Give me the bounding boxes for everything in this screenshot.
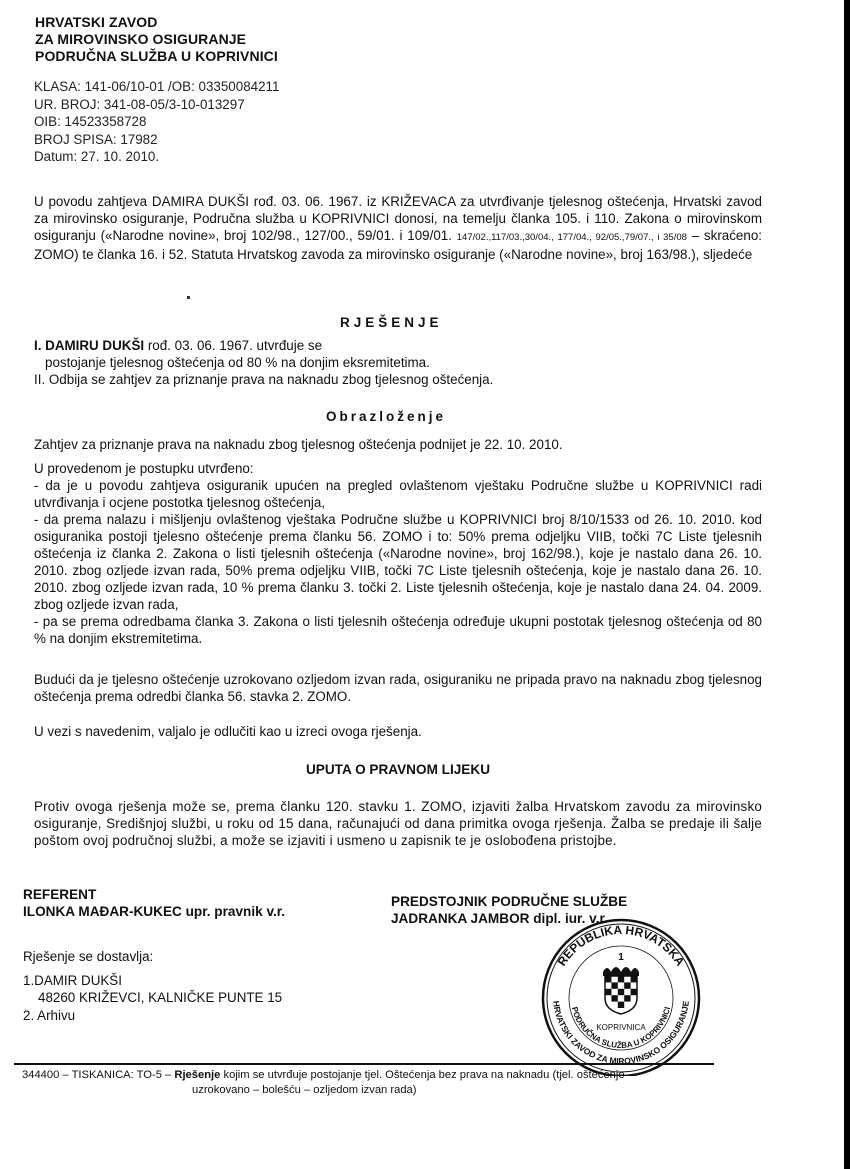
svg-text:1: 1 [618,952,624,963]
reasoning-p2-intro: U provedenom je postupku utvrđeno: [34,460,762,477]
intro-small-text: 147/02.,117/03.,30/04., 177/04., 92/05.,… [457,232,687,243]
referent-title: REFERENT [23,886,285,903]
footer-divider [14,1063,714,1065]
footer-line-2: uzrokovano – bolešću – ozljedom izvan ra… [22,1083,634,1098]
legal-remedy-text: Protiv ovoga rješenja može se, prema čla… [34,798,762,849]
delivery-item-1: 1.DAMIR DUKŠI 48260 KRIŽEVCI, KALNIČKE P… [23,972,282,1007]
official-stamp-icon: REPUBLIKA HRVATSKA HRVATSKI ZAVOD ZA MIR… [537,916,705,1076]
scan-edge-bar [844,0,850,1169]
ur-broj: UR. BROJ: 341-08-05/3-10-013297 [34,96,279,114]
datum: Datum: 27. 10. 2010. [34,148,279,166]
svg-text:KOPRIVNICA: KOPRIVNICA [596,1023,646,1032]
scan-speck [187,296,190,299]
reasoning-p3: Budući da je tjelesno oštećenje uzrokova… [34,671,762,705]
delivery-item-2: 2. Arhivu [23,1007,282,1025]
decision-item-1-line-2: postojanje tjelesnog oštećenja od 80 % n… [34,354,493,371]
referent-name: ILONKA MAĐAR-KUKEC upr. pravnik v.r. [23,903,285,920]
footer-line-1: 344400 – TISKANICA: TO-5 – Rješenje koji… [22,1068,634,1083]
decision-item-2: II. Odbija se zahtjev za priznanje prava… [34,371,493,388]
reasoning-p4: U vezi s navedenim, valjalo je odlučiti … [34,723,762,740]
broj-spisa: BROJ SPISA: 17982 [34,131,279,149]
decision-items: I. DAMIRU DUKŠI rođ. 03. 06. 1967. utvrđ… [34,337,493,388]
referent-signature: REFERENT ILONKA MAĐAR-KUKEC upr. pravnik… [23,886,285,920]
institution-header: HRVATSKI ZAVOD ZA MIROVINSKO OSIGURANJE … [35,14,278,65]
header-line-3: PODRUČNA SLUŽBA U KOPRIVNICI [35,48,278,65]
delivery-list: Rješenje se dostavlja: 1.DAMIR DUKŠI 482… [23,948,282,1024]
delivery-label: Rješenje se dostavlja: [23,948,282,966]
klasa: KLASA: 141-06/10-01 /OB: 03350084211 [34,78,279,96]
oib: OIB: 14523358728 [34,113,279,131]
reasoning-p1: Zahtjev za priznanje prava na naknadu zb… [34,436,762,453]
decision-item-1: I. DAMIRU DUKŠI rođ. 03. 06. 1967. utvrđ… [34,337,493,354]
legal-remedy-title: UPUTA O PRAVNOM LIJEKU [34,762,762,777]
reasoning-p2-point-b: - da prema nalazu i mišljenju ovlaštenog… [34,511,762,613]
reasoning-p2-point-c: - pa se prema odredbama članka 3. Zakona… [34,613,762,647]
reasoning-p2: U provedenom je postupku utvrđeno: - da … [34,460,762,647]
decision-title: RJEŠENJE [340,315,443,330]
head-title: PREDSTOJNIK PODRUČNE SLUŽBE [391,893,627,910]
intro-paragraph: U povodu zahtjeva DAMIRA DUKŠI rođ. 03. … [34,193,762,263]
document-metadata: KLASA: 141-06/10-01 /OB: 03350084211 UR.… [34,78,279,166]
reasoning-title: Obrazloženje [326,409,446,424]
form-footer: 344400 – TISKANICA: TO-5 – Rješenje koji… [22,1068,634,1098]
reasoning-p2-point-a: - da je u povodu zahtjeva osiguranik upu… [34,477,762,511]
header-line-1: HRVATSKI ZAVOD [35,14,278,31]
header-line-2: ZA MIROVINSKO OSIGURANJE [35,31,278,48]
